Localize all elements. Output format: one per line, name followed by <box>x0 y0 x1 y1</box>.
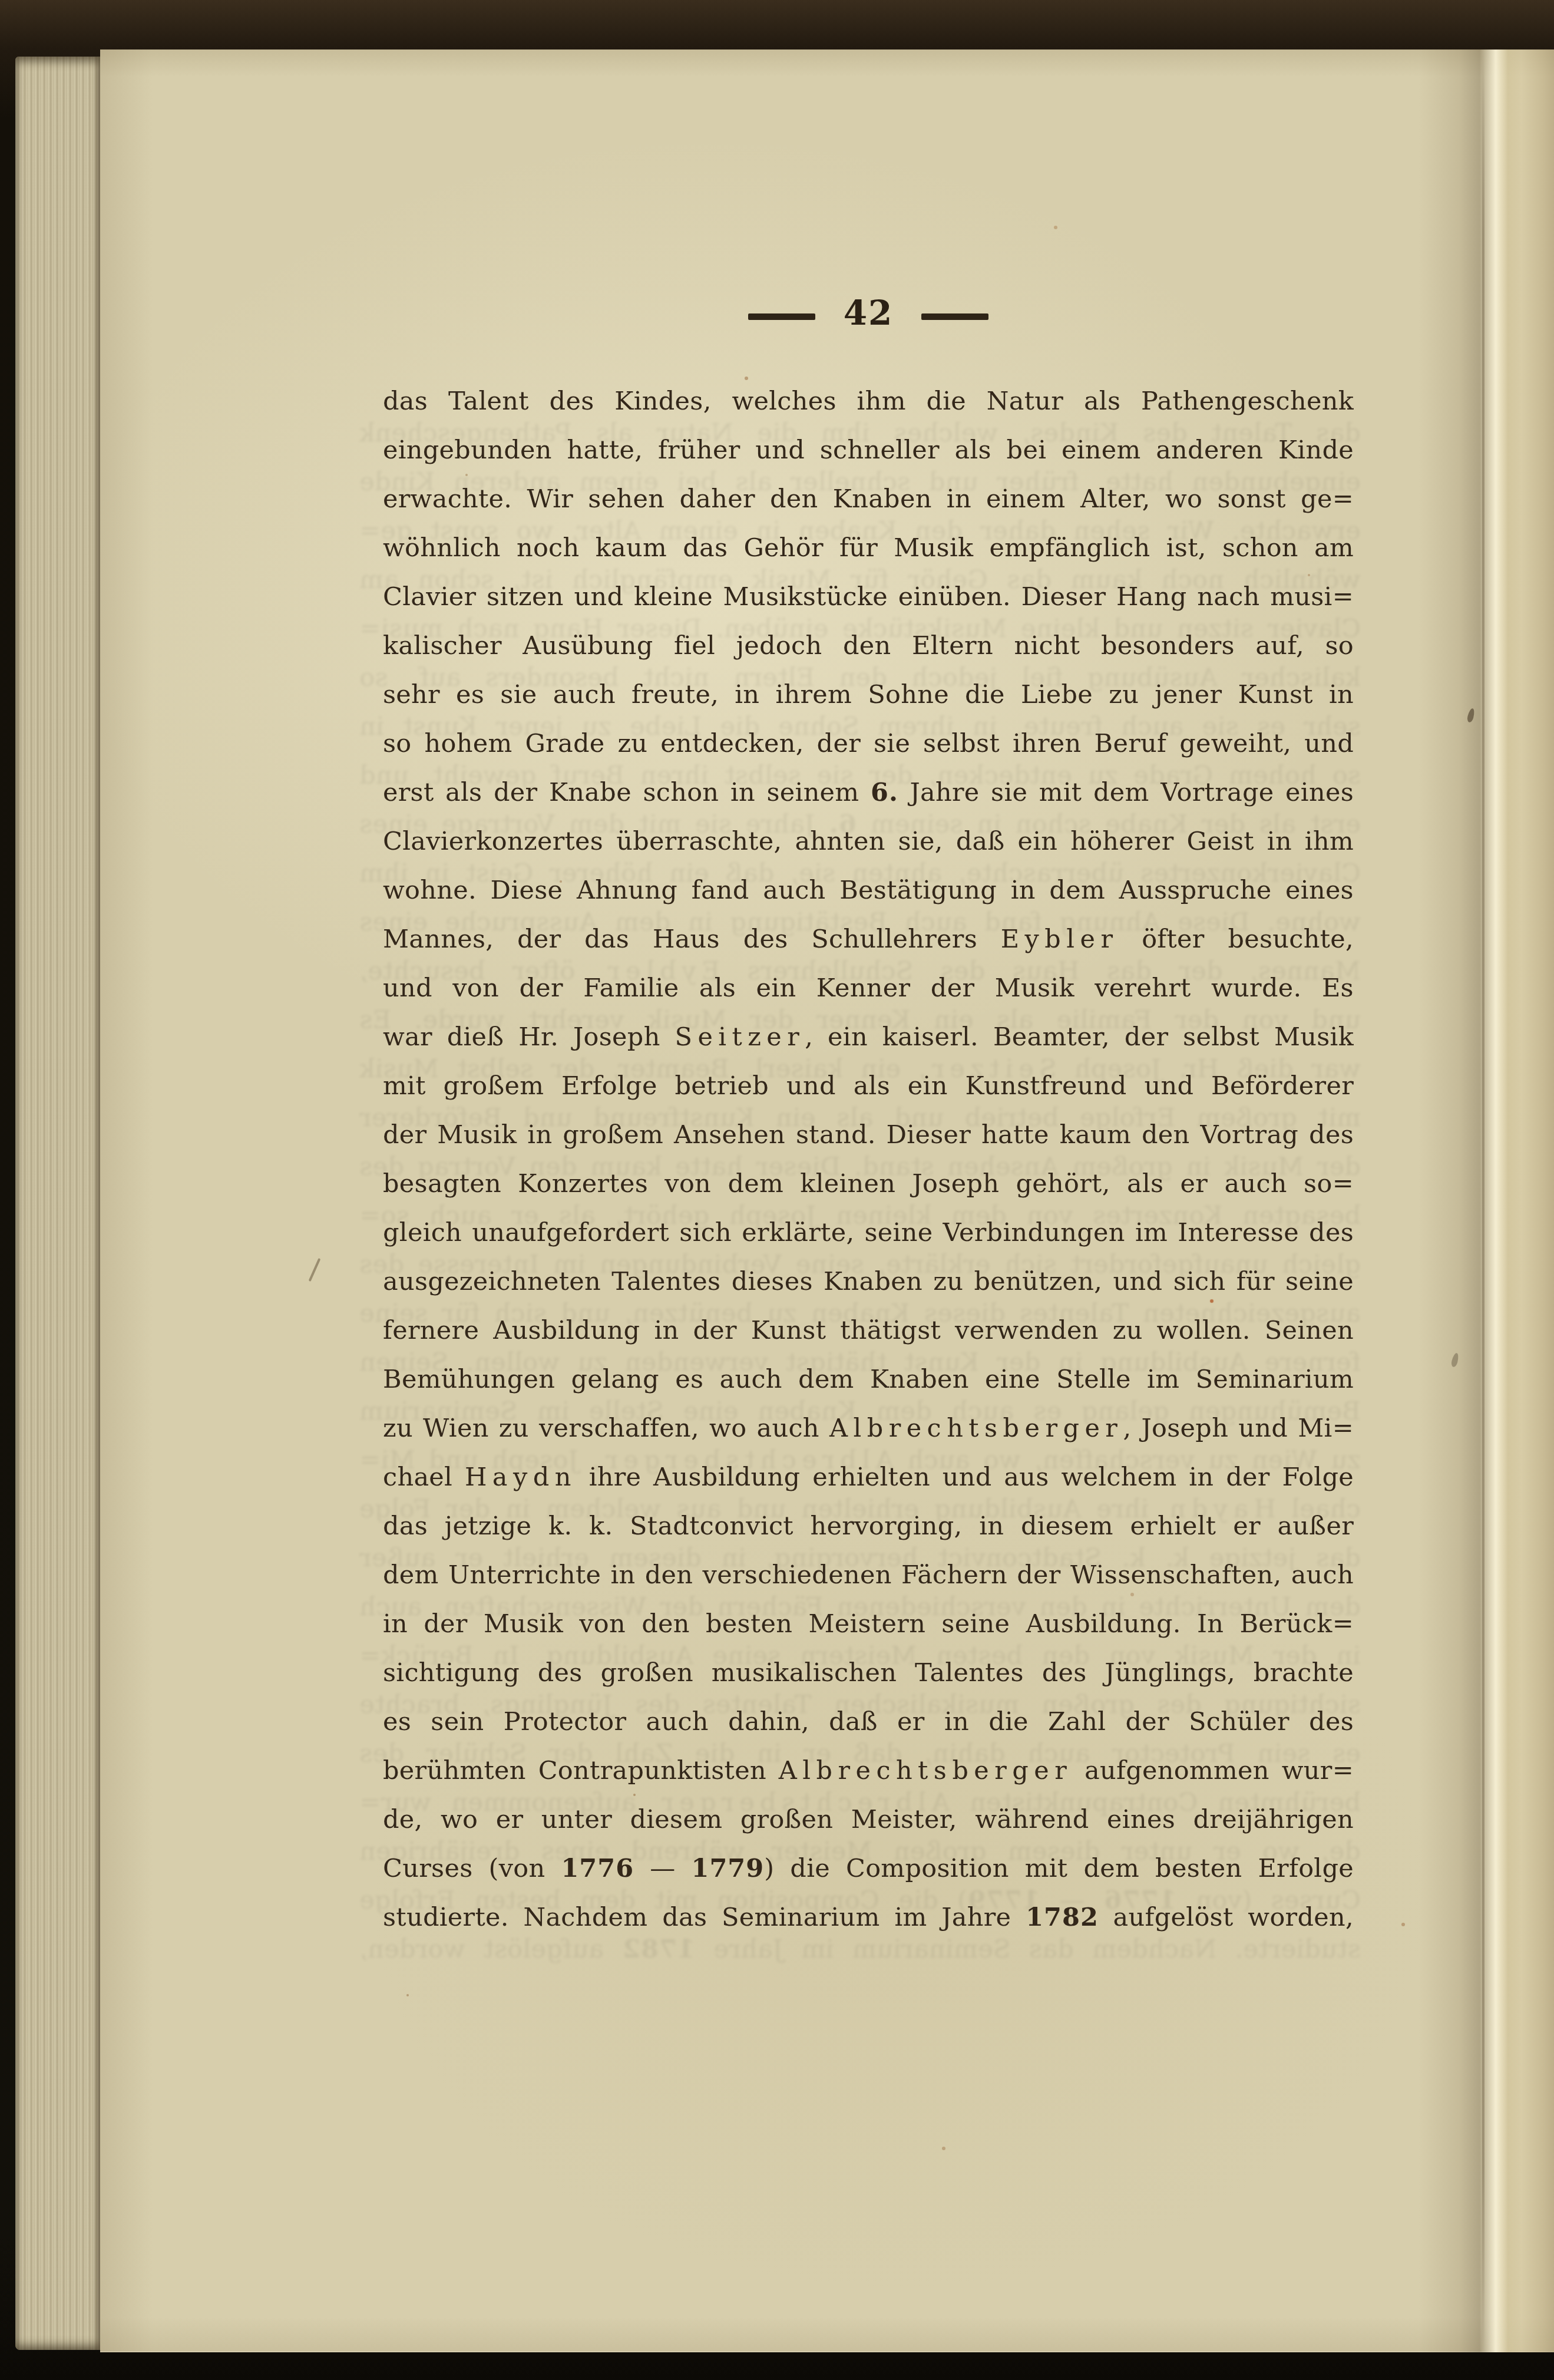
text-line: es sein Protector auch dahin, daß er in … <box>383 1698 1354 1747</box>
text-line: war dieß Hr. Joseph Seitzer, ein kaiserl… <box>383 1013 1354 1062</box>
text-line: sehr es sie auch freute, in ihrem Sohne … <box>383 671 1354 719</box>
text-line: berühmten Contrapunktisten Albrechtsberg… <box>383 1747 1354 1795</box>
text-line: erwachte. Wir sehen daher den Knaben in … <box>383 475 1354 524</box>
text-line: wöhnlich noch kaum das Gehör für Musik e… <box>383 524 1354 573</box>
text-line: chael Haydn ihre Ausbildung erhielten un… <box>383 1453 1354 1502</box>
text-line: das Talent des Kindes, welches ihm die N… <box>383 377 1354 426</box>
text-line: wohne. Diese Ahnung fand auch Bestätigun… <box>383 866 1354 915</box>
text-line: erst als der Knabe schon in seinem 6. Ja… <box>383 768 1354 817</box>
text-line: kalischer Ausübung fiel jedoch den Elter… <box>383 622 1354 671</box>
text-line: dem Unterrichte in den verschiedenen Fäc… <box>383 1551 1354 1600</box>
text-line: so hohem Grade zu entdecken, der sie sel… <box>383 719 1354 768</box>
gutter-shadow-line <box>1482 49 1484 2352</box>
text-line: in der Musik von den besten Meistern sei… <box>383 1600 1354 1649</box>
paper-speck-layer <box>100 49 103 52</box>
text-line: zu Wien zu verschaffen, wo auch Albrecht… <box>383 1404 1354 1453</box>
pagenum-rule-left <box>748 313 815 320</box>
page-number: 42 <box>844 293 894 333</box>
text-line: der Musik in großem Ansehen stand. Diese… <box>383 1111 1354 1160</box>
gutter-crease <box>1419 49 1554 2352</box>
text-line: Curses (von 1776 — 1779) die Composition… <box>383 1844 1354 1893</box>
text-line: mit großem Erfolge betrieb und als ein K… <box>383 1062 1354 1111</box>
ink-mark <box>309 1258 321 1282</box>
book-page: 42 das Talent des Kindes, welches ihm di… <box>100 49 1554 2352</box>
text-line: fernere Ausbildung in der Kunst thätigst… <box>383 1306 1354 1355</box>
body-text: das Talent des Kindes, welches ihm die N… <box>383 377 1354 1942</box>
text-line: Clavierkonzertes überraschte, ahnten sie… <box>383 817 1354 866</box>
text-line: das jetzige k. k. Stadtconvict hervorgin… <box>383 1502 1354 1551</box>
pagenum-rule-right <box>921 313 988 320</box>
text-line: studierte. Nachdem das Seminarium im Jah… <box>383 1893 1354 1942</box>
text-line: und von der Familie als ein Kenner der M… <box>383 964 1354 1013</box>
text-line: Clavier sitzen und kleine Musikstücke ei… <box>383 573 1354 622</box>
text-line: eingebunden hatte, früher und schneller … <box>383 426 1354 475</box>
text-line: Mannes, der das Haus des Schullehrers Ey… <box>383 915 1354 964</box>
text-line: besagten Konzertes von dem kleinen Josep… <box>383 1160 1354 1209</box>
text-line: Bemühungen gelang es auch dem Knaben ein… <box>383 1355 1354 1404</box>
running-head: 42 <box>383 295 1354 338</box>
text-line: gleich unaufgefordert sich erklärte, sei… <box>383 1209 1354 1257</box>
book-scan: 42 das Talent des Kindes, welches ihm di… <box>0 0 1554 2380</box>
text-line: sichtigung des großen musikalischen Tale… <box>383 1649 1354 1698</box>
text-line: ausgezeichneten Talentes dieses Knaben z… <box>383 1257 1354 1306</box>
text-line: de, wo er unter diesem großen Meister, w… <box>383 1795 1354 1844</box>
page-edge-stack <box>15 57 101 2350</box>
